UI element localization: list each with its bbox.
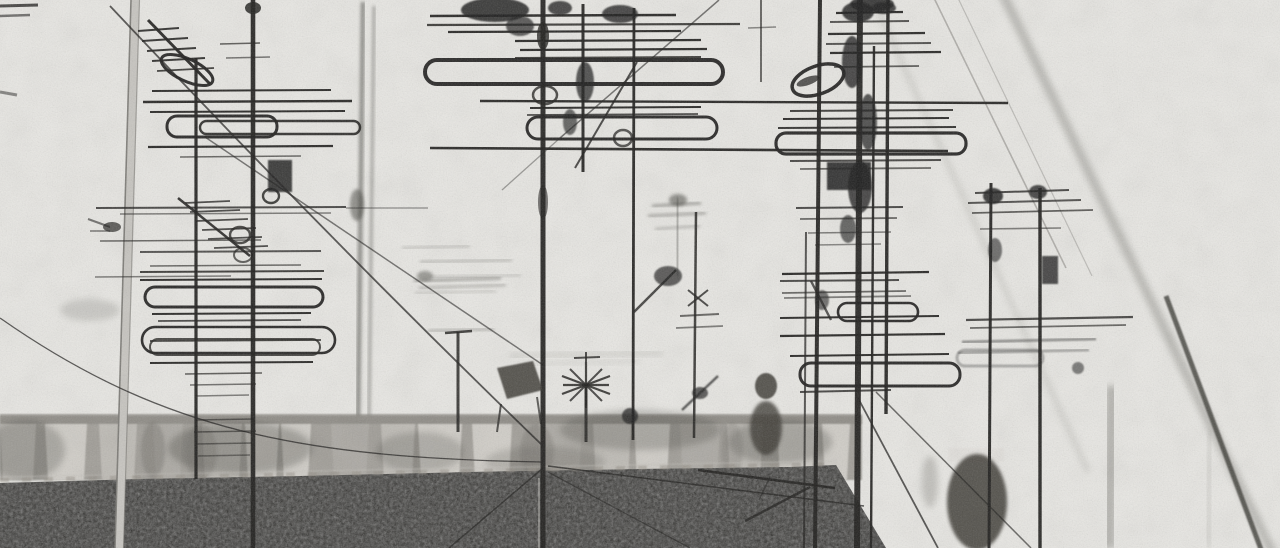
hardware-blob <box>988 238 1002 262</box>
antenna-element <box>527 114 698 115</box>
antenna-element <box>828 33 925 34</box>
antenna-element <box>150 265 301 266</box>
hardware-blob <box>750 401 782 455</box>
amplifier-box <box>268 160 292 192</box>
rotator-bar <box>574 357 600 358</box>
hardware-blob <box>563 109 577 135</box>
hardware-blob <box>1029 185 1047 199</box>
blurred-mast <box>1208 432 1210 548</box>
yagi-rung <box>220 43 260 44</box>
antenna-element <box>158 320 301 321</box>
hardware-blob <box>245 2 261 14</box>
antenna-element <box>830 21 909 22</box>
hardware-blob <box>602 5 638 23</box>
antenna-element <box>140 279 322 280</box>
edge-element <box>0 5 38 6</box>
hardware-blob <box>538 185 548 219</box>
distant-blob <box>669 194 687 206</box>
hardware-blob <box>840 215 856 243</box>
rooftop-antennas-photo <box>0 0 1280 548</box>
antenna-element <box>515 57 701 58</box>
antenna-element <box>185 373 262 374</box>
antenna-element <box>95 276 231 277</box>
amplifier-box <box>1042 256 1058 284</box>
hardware-blob <box>859 94 877 150</box>
distant-blob <box>350 189 364 221</box>
antenna-element <box>190 384 256 385</box>
antenna-element <box>196 395 249 396</box>
antenna-mast <box>633 8 634 440</box>
antenna-element <box>530 107 701 108</box>
hardware-blob <box>576 62 594 102</box>
hardware-blob <box>103 222 121 232</box>
antenna-element <box>198 455 250 456</box>
roof-structure <box>922 456 938 508</box>
antenna-element <box>180 156 301 157</box>
hardware-blob <box>548 1 572 15</box>
antenna-element <box>815 244 881 245</box>
hardware-blob <box>872 2 896 14</box>
hardware-blob <box>506 16 534 36</box>
hardware-blob <box>983 188 1003 204</box>
yagi-rung <box>226 57 270 58</box>
antenna-element <box>143 101 352 102</box>
antenna-element <box>796 207 903 208</box>
antenna-element <box>152 90 331 91</box>
antenna-element <box>148 146 333 147</box>
antenna-element <box>152 313 311 314</box>
hardware-blob <box>842 36 862 88</box>
antenna-element <box>980 228 1061 229</box>
hardware-blob <box>755 373 777 399</box>
antenna-element <box>150 340 321 341</box>
antenna-element <box>520 49 707 50</box>
hardware-blob <box>692 387 708 399</box>
hardware-blob <box>622 408 638 424</box>
antenna-element <box>140 271 324 272</box>
distant-blob <box>417 271 433 281</box>
edge-element <box>0 15 30 16</box>
antenna-element <box>196 443 252 444</box>
antenna-element <box>826 43 931 44</box>
hardware-blob <box>654 266 682 286</box>
hardware-blob <box>1072 362 1084 374</box>
band-shadow <box>560 410 720 450</box>
antenna-element <box>748 27 776 28</box>
photo-stage <box>0 0 1280 548</box>
antenna-element <box>780 280 899 281</box>
antenna-element <box>100 240 261 241</box>
hardware-blob <box>815 290 829 310</box>
antenna-element <box>150 111 345 112</box>
antenna-element <box>448 31 681 32</box>
antenna-element <box>150 362 313 363</box>
amplifier-box <box>827 162 871 190</box>
antenna-element <box>427 24 740 25</box>
hardware-blob <box>537 22 549 50</box>
antenna-element <box>120 213 331 214</box>
distant-blob <box>60 299 120 321</box>
band-shadow <box>141 422 165 478</box>
antenna-element <box>790 160 941 161</box>
band-shadow <box>376 432 464 472</box>
antenna-element <box>140 251 321 252</box>
blurred-mast <box>1109 386 1112 548</box>
distant-mast <box>677 198 678 276</box>
